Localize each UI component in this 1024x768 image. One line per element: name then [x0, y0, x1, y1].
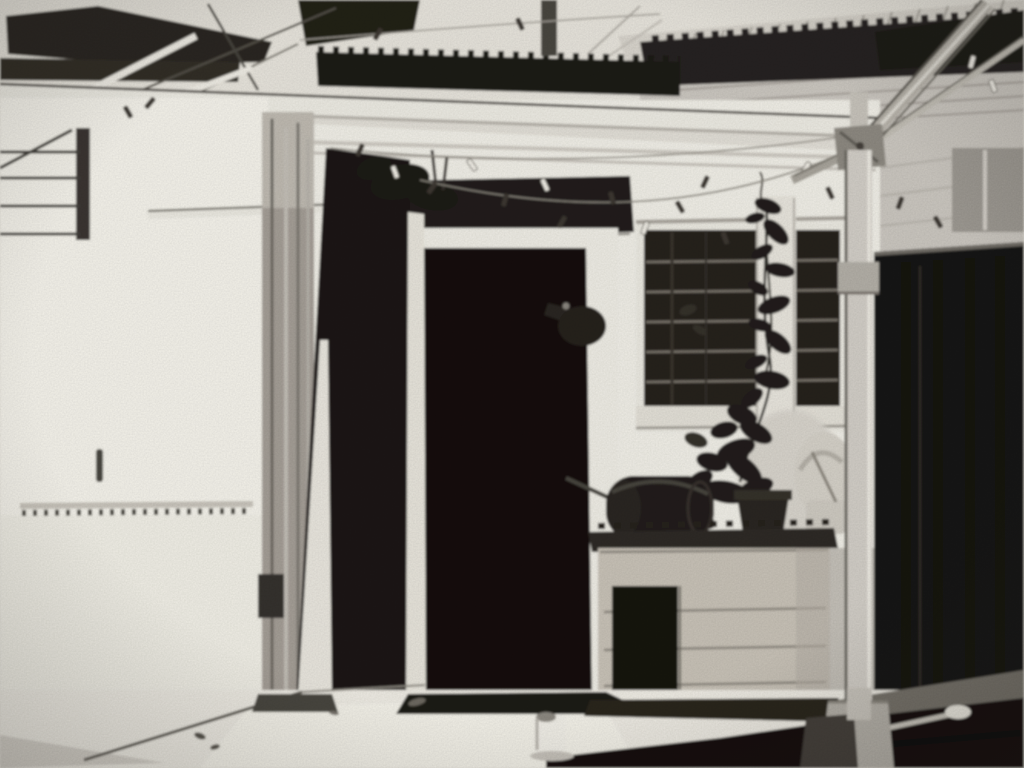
- photo-canvas: [0, 0, 1024, 768]
- photo-backyard-scene: [0, 0, 1024, 768]
- photo-vignette: [0, 0, 1024, 768]
